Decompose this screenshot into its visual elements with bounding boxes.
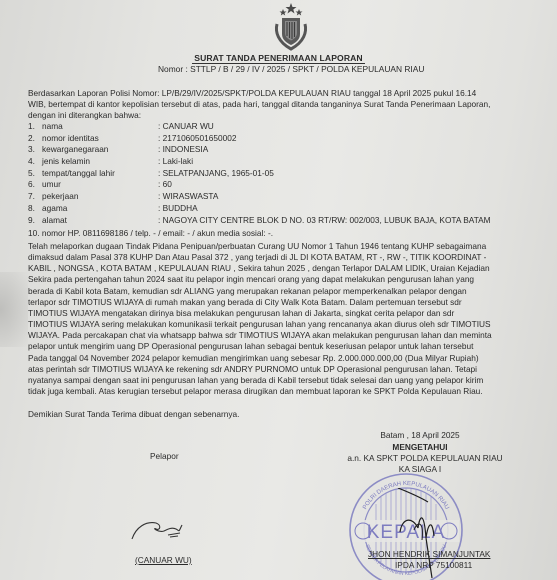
field-label: agama bbox=[42, 203, 67, 213]
narrative-line: Sekira pada pertengahan tahun 2024 saat … bbox=[28, 274, 492, 285]
narrative-line: Pada tanggal 04 November 2024 pelapor ke… bbox=[28, 353, 492, 364]
field-label: tempat/tanggal lahir bbox=[42, 168, 115, 178]
field-number: 4. bbox=[28, 156, 42, 166]
intro-line-2: WIB, bertempat di kantor kepolisian ters… bbox=[28, 99, 490, 110]
incident-narrative: Telah melaporkan dugaan Tindak Pidana Pe… bbox=[28, 241, 492, 397]
field-number: 3. bbox=[28, 144, 42, 154]
intro-line-3: dengan ini diterangkan bahwa: bbox=[28, 110, 141, 121]
police-emblem-icon bbox=[263, 2, 319, 52]
closing-statement: Demikian Surat Tanda Terima dibuat denga… bbox=[28, 409, 239, 419]
narrative-line: tidak juga kembali. Atas kerugian terseb… bbox=[28, 386, 492, 397]
field-label: umur bbox=[42, 179, 61, 189]
field-number: 6. bbox=[28, 179, 42, 189]
report-receipt-document: SURAT TANDA PENERIMAAN LAPORAN Nomor : S… bbox=[0, 0, 557, 580]
narrative-line: atas perintah sdr TIMOTIUS WIJAYA ke rek… bbox=[28, 364, 492, 375]
field-label: nama bbox=[42, 121, 63, 131]
narrative-line: Telah melaporkan dugaan Tindak Pidana Pe… bbox=[28, 241, 492, 252]
narrative-line: pelapor untuk mengirim uang DP Operasion… bbox=[28, 341, 492, 352]
narrative-line: KABIL , NONGSA , KOTA BATAM , KEPULAUAN … bbox=[28, 263, 492, 274]
intro-line-1: Berdasarkan Laporan Polisi Nomor: LP/B/2… bbox=[28, 88, 476, 99]
reporter-signature-icon bbox=[128, 515, 198, 545]
narrative-line: TIMOTIUS WIJAYA sering melakukan komunik… bbox=[28, 319, 492, 330]
field-value: : NAGOYA CITY CENTRE BLOK D NO. 03 RT/RW… bbox=[158, 215, 491, 225]
field-label: kewarganegaraan bbox=[42, 144, 108, 154]
field-value: : 2171060501650002 bbox=[158, 133, 236, 143]
field-number: 8. bbox=[28, 203, 42, 213]
field-label: pekerjaan bbox=[42, 191, 78, 201]
field-number: 5. bbox=[28, 168, 42, 178]
field-value: : 60 bbox=[158, 179, 172, 189]
field-value: : WIRASWASTA bbox=[158, 191, 218, 201]
field-label: nomor identitas bbox=[42, 133, 99, 143]
field-number: 1. bbox=[28, 121, 42, 131]
reporter-role-label: Pelapor bbox=[150, 451, 179, 461]
narrative-line: dimaksud dalam Pasal 378 KUHP Dan Atau P… bbox=[28, 252, 492, 263]
reporter-name: (CANUAR WU) bbox=[135, 555, 192, 565]
document-title: SURAT TANDA PENERIMAAN LAPORAN bbox=[0, 53, 557, 63]
field-value: : Laki-laki bbox=[158, 156, 193, 166]
officer-rank: IPDA NRP 75100811 bbox=[395, 560, 472, 570]
officer-name: JHON HENDRIK SIMANJUNTAK bbox=[368, 549, 490, 559]
field-value: : SELATPANJANG, 1965-01-05 bbox=[158, 168, 274, 178]
field-value: : BUDDHA bbox=[158, 203, 198, 213]
field-number: 7. bbox=[28, 191, 42, 201]
contact-text: 10. nomor HP. 0811698186 / telp. - / ema… bbox=[28, 228, 273, 238]
narrative-line: nyatanya sampai dengan saat ini pengurus… bbox=[28, 375, 492, 386]
narrative-line: berada di Kabil kota Batam, kemudian sdr… bbox=[28, 286, 492, 297]
field-label: alamat bbox=[42, 215, 67, 225]
narrative-line: terlapor sdr TIMOTIUS WIJAYA di rumah ma… bbox=[28, 297, 492, 308]
narrative-line: TIMOTIUS WIJAYA mengatakan dirinya bisa … bbox=[28, 308, 492, 319]
field-number: 9. bbox=[28, 215, 42, 225]
acknowledged-label: MENGETAHUI bbox=[350, 442, 490, 452]
field-number: 2. bbox=[28, 133, 42, 143]
contact-line: 10. nomor HP. 0811698186 / telp. - / ema… bbox=[28, 228, 273, 239]
photo-shadow bbox=[0, 272, 28, 347]
field-value: : CANUAR WU bbox=[158, 121, 214, 131]
field-label: jenis kelamin bbox=[42, 156, 90, 166]
narrative-line: WIJAYA. Pada percakapan chat via whatsap… bbox=[28, 330, 492, 341]
place-date: Batam , 18 April 2025 bbox=[350, 430, 490, 440]
on-behalf-label: a.n. KA SPKT POLDA KEPULAUAN RIAU bbox=[330, 453, 520, 463]
field-value: : INDONESIA bbox=[158, 144, 208, 154]
document-number: Nomor : STTLP / B / 29 / IV / 2025 / SPK… bbox=[158, 64, 424, 74]
